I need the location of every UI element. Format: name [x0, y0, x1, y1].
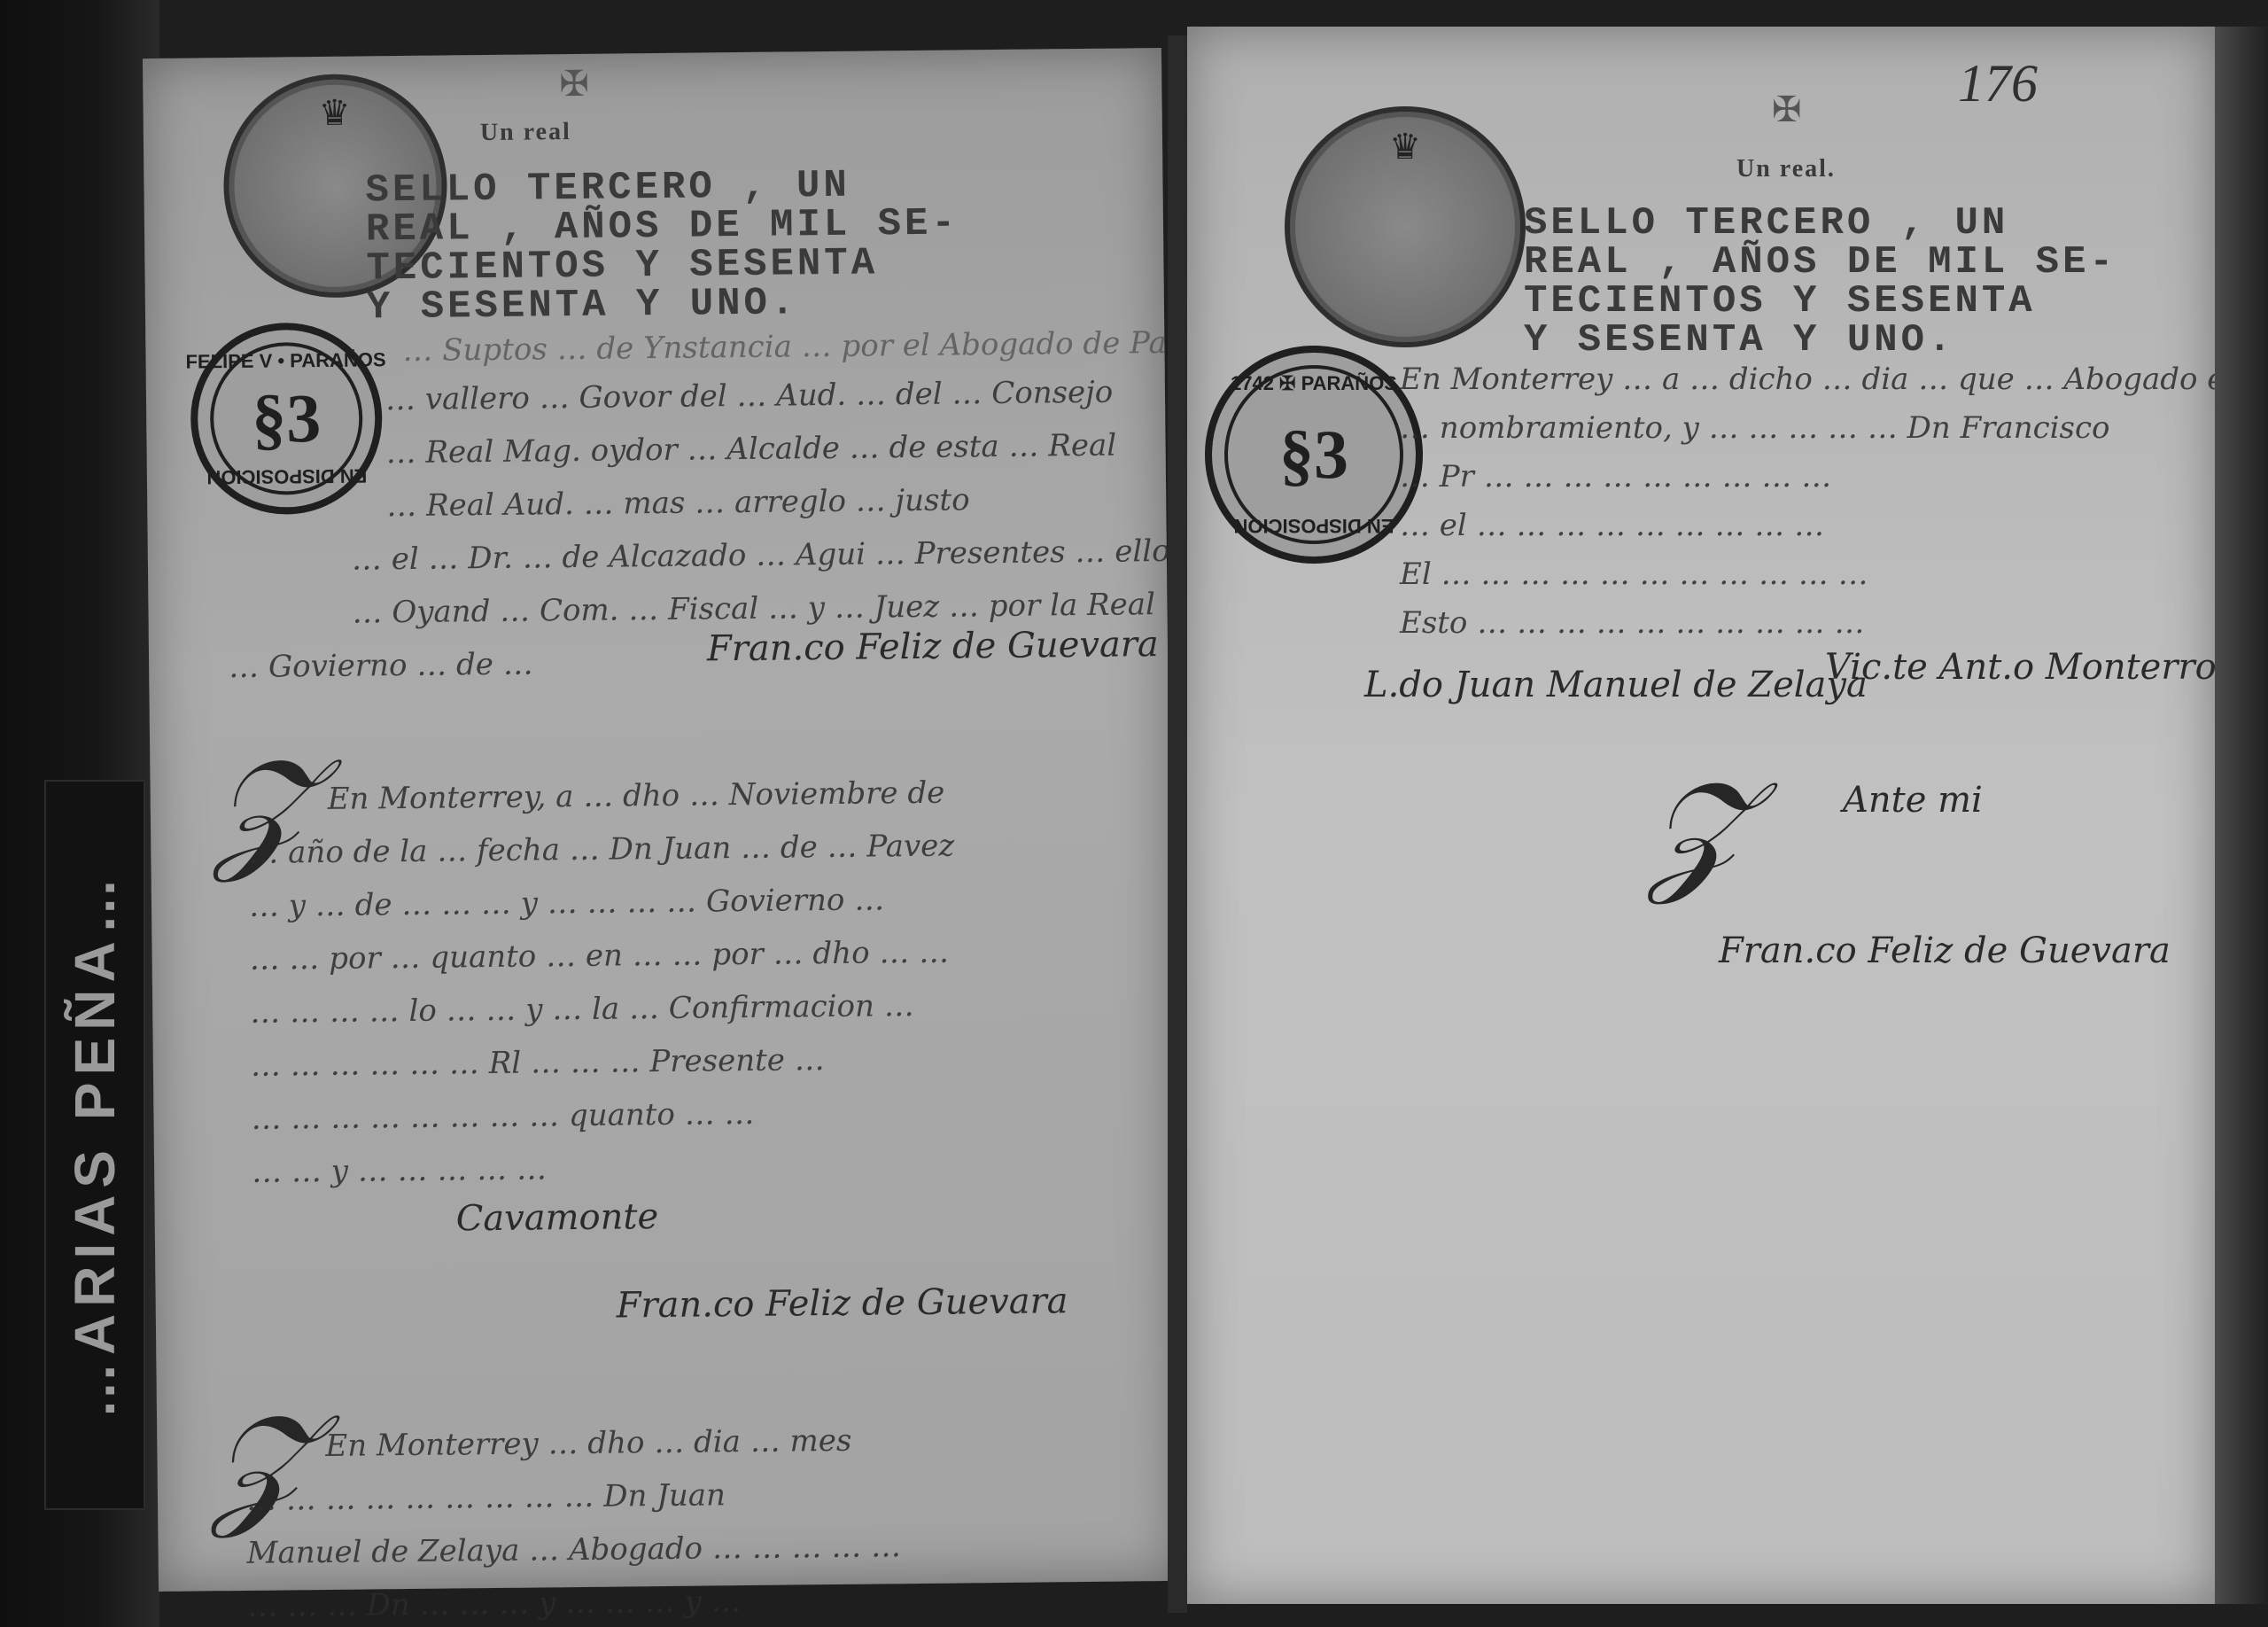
stamp-ring-top: FELIPE V • PARAÑOS	[185, 348, 385, 373]
spine-label: …ARIAS PEÑA… CHAVAS	[44, 780, 145, 1510]
stamp-ring-bottom: EN DISPOSICION	[206, 463, 367, 488]
stamp-ring-top: 1742 ✠ PARAÑOS	[1231, 372, 1397, 395]
stamp-number: §3	[1212, 415, 1416, 494]
notary-label: Ante mi	[1843, 780, 1983, 821]
text-line: … … … … … … … … quanto … …	[251, 1089, 755, 1144]
text-line: En Monterrey, a … dho … Noviembre de	[327, 768, 944, 824]
text-line: … … … Dn … … … y … … … y …	[247, 1576, 742, 1627]
text-line: … Pr … … … … … … … … …	[1400, 452, 1831, 502]
text-line: … Real Aud. … mas … arreglo … justo	[386, 475, 970, 531]
text-line: … … por … quanto … en … … por … dho … …	[249, 928, 949, 985]
stamp-header: SELLO TERCERO , UN REAL , AÑOS DE MIL SE…	[1524, 204, 2117, 360]
crown-icon: ♛	[318, 92, 350, 134]
text-line: … el … Dr. … de Alcazado … Agui … Presen…	[352, 526, 1186, 585]
text-line: … el … … … … … … … … …	[1400, 501, 1824, 550]
right-page: 176 ✠ ♛ Un real. SELLO TERCERO , UN REAL…	[1187, 27, 2215, 1604]
text-line: … año de la … fecha … Dn Juan … de … Pav…	[248, 821, 954, 878]
text-line: … … … … … … … … … Dn Juan	[246, 1470, 726, 1525]
signature: Cavamonte	[455, 1196, 658, 1239]
stamp-header: SELLO TERCERO , UN REAL , AÑOS DE MIL SE…	[365, 165, 959, 327]
text-line: … … … … lo … … y … la … Confirmacion …	[250, 981, 914, 1038]
initial-flourish: 𝒵	[1648, 753, 1749, 910]
cross-icon: ✠	[1772, 89, 1802, 130]
cross-icon: ✠	[559, 63, 589, 105]
text-line: En Monterrey … dho … dia … mes	[325, 1416, 852, 1471]
text-line: … Real Mag. oydor … Alcalde … de esta … …	[385, 421, 1116, 479]
page-gutter	[1168, 35, 1187, 1613]
stamp-ring-bottom: EN DISPOSICION	[1234, 514, 1394, 537]
text-line: … … y … … … … …	[252, 1144, 547, 1196]
text-line: … nombramiento, y … … … … … Dn Francisco	[1400, 403, 2110, 453]
signature: L.do Juan Manuel de Zelaya	[1364, 665, 1868, 705]
text-line: … … … … … … Rl … … … Presente …	[251, 1035, 825, 1091]
text-line: Esto … … … … … … … … … …	[1400, 598, 1864, 648]
signature: Fran.co Feliz de Guevara	[1719, 930, 2171, 971]
text-line: El … … … … … … … … … … …	[1400, 549, 1868, 599]
scan-edge	[2215, 27, 2268, 1604]
text-line: … Govierno … de …	[229, 639, 533, 692]
text-line: … vallero … Govor del … Aud. … del … Con…	[385, 368, 1114, 425]
crown-icon: ♛	[1389, 126, 1421, 167]
signature: Fran.co Feliz de Guevara	[707, 624, 1159, 669]
stamp-number: §3	[198, 378, 376, 459]
paper-stamp: 1742 ✠ PARAÑOS EN DISPOSICION §3	[1205, 346, 1423, 564]
signature: Fran.co Feliz de Guevara	[617, 1281, 1068, 1326]
left-page: ✠ ♛ Un real SELLO TERCERO , UN REAL , AÑ…	[143, 48, 1177, 1592]
denomination-label: Un real	[480, 118, 571, 147]
book-spine: …ARIAS PEÑA… CHAVAS	[0, 0, 159, 1627]
text-line: Manuel de Zelaya … Abogado … … … … …	[246, 1522, 901, 1578]
text-line: … y … de … … … y … … … … Govierno …	[249, 875, 885, 931]
denomination-label: Un real.	[1736, 155, 1836, 183]
folio-number: 176	[1958, 53, 2038, 114]
royal-seal: ♛	[1285, 106, 1526, 347]
signature: Vic.te Ant.o Monterroso	[1825, 647, 2256, 688]
paper-stamp: FELIPE V • PARAÑOS EN DISPOSICION §3	[190, 322, 383, 515]
text-line: En Monterrey … a … dicho … dia … que … A…	[1400, 354, 2268, 404]
